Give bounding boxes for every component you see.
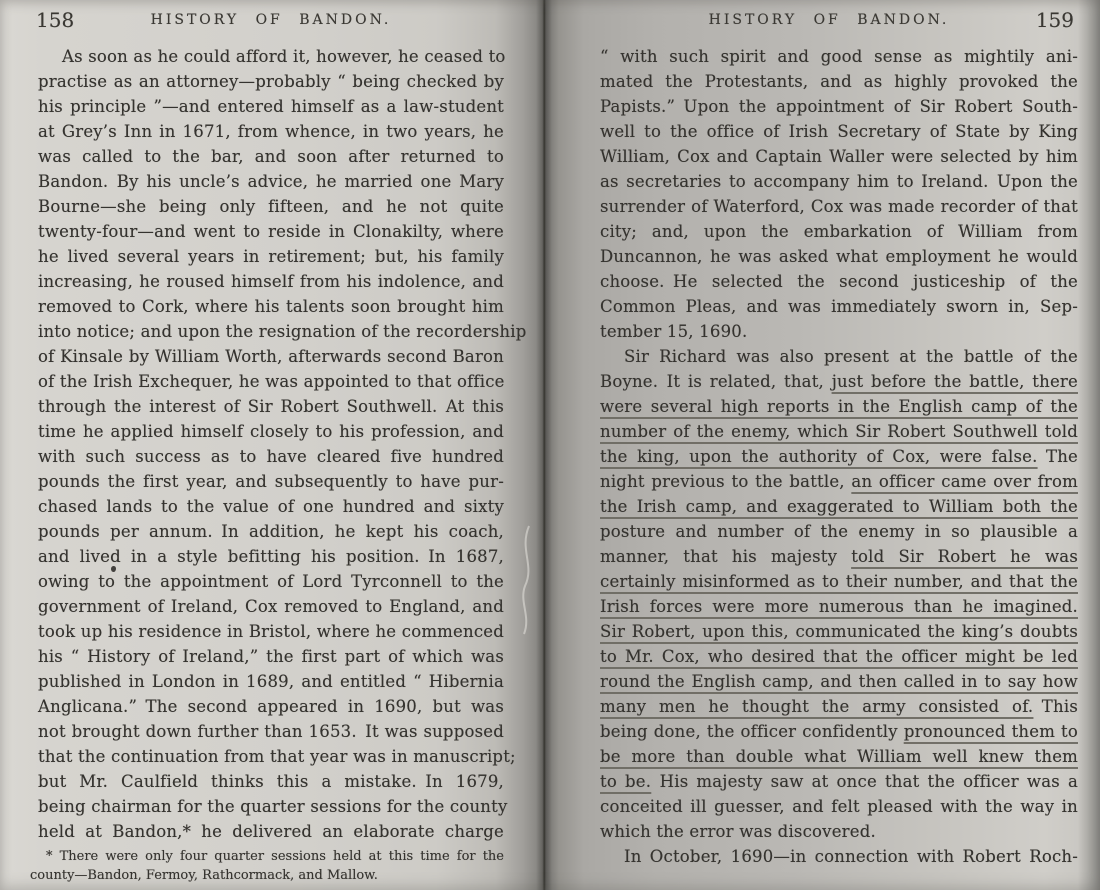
text-line: be more than double what William well kn… [600,744,1078,769]
text-segment: Bandon. By his uncle’s advice, he marrie… [38,172,504,191]
pencil-underlined-text: the king, upon the authority of Cox, wer… [600,447,1038,466]
text-line: not brought down further than 1653. It w… [38,719,504,744]
book-gutter-shadow [536,0,552,890]
text-segment: “ with such spirit and good sense as mig… [600,47,1078,66]
text-segment: choose. He selected the second justicesh… [600,272,1078,291]
text-segment: being done, the officer confidently [600,722,904,741]
text-line: Boyne. It is related, that, just before … [600,369,1078,394]
pencil-underlined-text: told Sir Robert he was [851,547,1078,566]
text-line: which the error was discovered. [600,819,1078,844]
text-line: mated the Protestants, and as highly pro… [600,69,1078,94]
text-segment: that the continuation from that year was… [38,747,516,766]
text-segment: Sir Richard was also present at the batt… [624,347,1078,366]
pencil-underlined-text: were several high reports in the English… [600,397,1078,416]
text-segment: government of Ireland, Cox removed to En… [38,597,504,616]
text-line: number of the enemy, which Sir Robert So… [600,419,1078,444]
text-segment: pounds per annum. In addition, he kept h… [38,522,504,541]
text-line: published in London in 1689, and entitle… [38,669,504,694]
text-segment: but Mr. Caulfield thinks this a mistake.… [38,772,504,791]
text-segment: manner, that his majesty [600,547,851,566]
text-line: round the English camp, and then called … [600,669,1078,694]
text-segment: * There were only four quarter sessions … [46,849,504,864]
text-line: city; and, upon the embarkation of Willi… [600,219,1078,244]
text-segment: increasing, he roused himself from his i… [38,272,504,291]
text-line: time he applied himself closely to his p… [38,419,504,444]
text-line: many men he thought the army consisted o… [600,694,1078,719]
pencil-underlined-text: many men he thought the army consisted o… [600,697,1033,716]
text-line: Sir Robert, upon this, communicated the … [600,619,1078,644]
running-header-right: HISTORY OF BANDON. [600,12,1058,28]
pencil-underlined-text: just before the battle, there [832,372,1078,391]
text-segment: not brought down further than 1653. It w… [38,722,504,741]
text-line: were several high reports in the English… [600,394,1078,419]
text-segment: pounds the first year, and subsequently … [38,472,504,491]
pencil-underlined-text: Sir Robert, upon this, communicated the … [600,622,1078,641]
text-line: held at Bandon,* he delivered an elabora… [38,819,504,844]
text-line: being chairman for the quarter sessions … [38,794,504,819]
text-line: his “ History of Ireland,” the first par… [38,644,504,669]
text-line: Anglicana.” The second appeared in 1690,… [38,694,504,719]
text-line: surrender of Waterford, Cox was made rec… [600,194,1078,219]
text-line: through the interest of Sir Robert South… [38,394,504,419]
left-page: 158 HISTORY OF BANDON. As soon as he cou… [0,0,545,890]
text-segment: and lived in a style befitting his posit… [38,547,504,566]
text-segment: Duncannon, he was asked what employment … [600,247,1078,266]
text-line: certainly misinformed as to their number… [600,569,1078,594]
right-page-body-text: “ with such spirit and good sense as mig… [600,44,1078,869]
text-segment: twenty-four—and went to reside in Clonak… [38,222,504,241]
text-line: of Kinsale by William Worth, afterwards … [38,344,504,369]
text-segment: night previous to the battle, [600,472,851,491]
text-line: twenty-four—and went to reside in Clonak… [38,219,504,244]
text-segment: removed to Cork, where his talents soon … [38,297,504,316]
text-segment: held at Bandon,* he delivered an elabora… [38,822,504,841]
text-segment: took up his residence in Bristol, where … [38,622,504,641]
text-line: * There were only four quarter sessions … [30,848,504,867]
text-segment: As soon as he could afford it, however, … [62,47,506,66]
text-segment: published in London in 1689, and entitle… [38,672,504,691]
text-line: as secretaries to accompany him to Irela… [600,169,1078,194]
pencil-underlined-text: be more than double what William well kn… [600,747,1078,766]
text-line: increasing, he roused himself from his i… [38,269,504,294]
pencil-underlined-text: an officer came over from [851,472,1078,491]
text-line: chased lands to the value of one hundred… [38,494,504,519]
text-line: the Irish camp, and exaggerated to Willi… [600,494,1078,519]
text-line: at Grey’s Inn in 1671, from whence, in t… [38,119,504,144]
text-segment: practise as an attorney—probably “ being… [38,72,504,91]
text-line: to Mr. Cox, who desired that the officer… [600,644,1078,669]
text-segment: city; and, upon the embarkation of Willi… [600,222,1078,241]
text-line: posture and number of the enemy in so pl… [600,519,1078,544]
text-segment: county—Bandon, Fermoy, Rathcormack, and … [30,868,378,883]
text-segment: In October, 1690—in connection with Robe… [624,847,1078,866]
pencil-underlined-text: certainly misinformed as to their number… [600,572,1078,591]
text-segment: surrender of Waterford, Cox was made rec… [600,197,1078,216]
text-line: Bourne—she being only fifteen, and he no… [38,194,504,219]
text-segment: as secretaries to accompany him to Irela… [600,172,1078,191]
right-page: HISTORY OF BANDON. 159 “ with such spiri… [545,0,1100,890]
text-segment: Anglicana.” The second appeared in 1690,… [38,697,504,716]
text-segment: The [1038,447,1078,466]
text-segment: chased lands to the value of one hundred… [38,497,504,516]
text-line: In October, 1690—in connection with Robe… [600,844,1078,869]
text-segment: his “ History of Ireland,” the first par… [38,647,504,666]
text-line: Sir Richard was also present at the batt… [600,344,1078,369]
text-segment: with such success as to have cleared fiv… [38,447,504,466]
text-line: being done, the officer confidently pron… [600,719,1078,744]
text-line: choose. He selected the second justicesh… [600,269,1078,294]
running-header-left: HISTORY OF BANDON. [38,12,504,28]
text-line: Common Pleas, and was immediately sworn … [600,294,1078,319]
text-line: owing to the appointment of Lord Tyrconn… [38,569,504,594]
book-scan: 158 HISTORY OF BANDON. As soon as he cou… [0,0,1100,890]
text-line: county—Bandon, Fermoy, Rathcormack, and … [30,867,504,886]
text-line: Irish forces were more numerous than he … [600,594,1078,619]
text-line: but Mr. Caulfield thinks this a mistake.… [38,769,504,794]
text-line: well to the office of Irish Secretary of… [600,119,1078,144]
text-line: pounds the first year, and subsequently … [38,469,504,494]
text-line: manner, that his majesty told Sir Robert… [600,544,1078,569]
text-line: “ with such spirit and good sense as mig… [600,44,1078,69]
text-segment: Boyne. It is related, that, [600,372,832,391]
text-line: that the continuation from that year was… [38,744,504,769]
text-segment: tember 15, 1690. [600,322,747,341]
text-line: of the Irish Exchequer, he was appointed… [38,369,504,394]
text-line: night previous to the battle, an officer… [600,469,1078,494]
pencil-underlined-text: pronounced them to [904,722,1078,741]
text-line: was called to the bar, and soon after re… [38,144,504,169]
text-segment: His majesty saw at once that the officer… [651,772,1078,791]
text-line: to be. His majesty saw at once that the … [600,769,1078,794]
text-segment: conceited ill guesser, and felt pleased … [600,797,1078,816]
text-line: government of Ireland, Cox removed to En… [38,594,504,619]
text-line: As soon as he could afford it, however, … [38,44,504,69]
text-segment: mated the Protestants, and as highly pro… [600,72,1078,91]
text-segment: Papists.” Upon the appointment of Sir Ro… [600,97,1078,116]
text-segment: time he applied himself closely to his p… [38,422,504,441]
text-line: Bandon. By his uncle’s advice, he marrie… [38,169,504,194]
text-line: conceited ill guesser, and felt pleased … [600,794,1078,819]
text-line: tember 15, 1690. [600,319,1078,344]
text-line: and lived in a style befitting his posit… [38,544,504,569]
text-segment: was called to the bar, and soon after re… [38,147,504,166]
text-segment: into notice; and upon the resignation of… [38,322,526,341]
text-segment: of Kinsale by William Worth, afterwards … [38,347,504,366]
text-segment: he lived several years in retirement; bu… [38,247,504,266]
text-line: into notice; and upon the resignation of… [38,319,504,344]
text-line: took up his residence in Bristol, where … [38,619,504,644]
pencil-underlined-text: Irish forces were more numerous than he … [600,597,1078,616]
text-segment: Common Pleas, and was immediately sworn … [600,297,1078,316]
text-segment: at Grey’s Inn in 1671, from whence, in t… [38,122,504,141]
text-segment: William, Cox and Captain Waller were sel… [600,147,1078,166]
text-segment: being chairman for the quarter sessions … [38,797,507,816]
text-segment: of the Irish Exchequer, he was appointed… [38,372,505,391]
text-line: Papists.” Upon the appointment of Sir Ro… [600,94,1078,119]
text-segment: Bourne—she being only fifteen, and he no… [38,197,504,216]
text-line: he lived several years in retirement; bu… [38,244,504,269]
pencil-underlined-text: to Mr. Cox, who desired that the officer… [600,647,1078,666]
text-line: removed to Cork, where his talents soon … [38,294,504,319]
text-line: the king, upon the authority of Cox, wer… [600,444,1078,469]
text-segment: posture and number of the enemy in so pl… [600,522,1078,541]
page-number-right: 159 [1036,8,1074,32]
text-line: William, Cox and Captain Waller were sel… [600,144,1078,169]
text-line: pounds per annum. In addition, he kept h… [38,519,504,544]
text-segment: well to the office of Irish Secretary of… [600,122,1078,141]
pencil-underlined-text: number of the enemy, which Sir Robert So… [600,422,1078,441]
footnote: * There were only four quarter sessions … [30,848,504,885]
pencil-underlined-text: round the English camp, and then called … [600,672,1078,691]
left-page-body-text: As soon as he could afford it, however, … [38,44,504,844]
pencil-underlined-text: the Irish camp, and exaggerated to Willi… [600,497,1078,516]
text-segment: which the error was discovered. [600,822,876,841]
text-segment: owing to the appointment of Lord Tyrconn… [38,572,504,591]
text-line: his principle ”—and entered himself as a… [38,94,504,119]
text-line: with such success as to have cleared fiv… [38,444,504,469]
text-segment: his principle ”—and entered himself as a… [38,97,504,116]
text-segment: This [1033,697,1078,716]
text-segment: through the interest of Sir Robert South… [38,397,504,416]
text-line: practise as an attorney—probably “ being… [38,69,504,94]
pencil-underlined-text: to be. [600,772,651,791]
text-line: Duncannon, he was asked what employment … [600,244,1078,269]
